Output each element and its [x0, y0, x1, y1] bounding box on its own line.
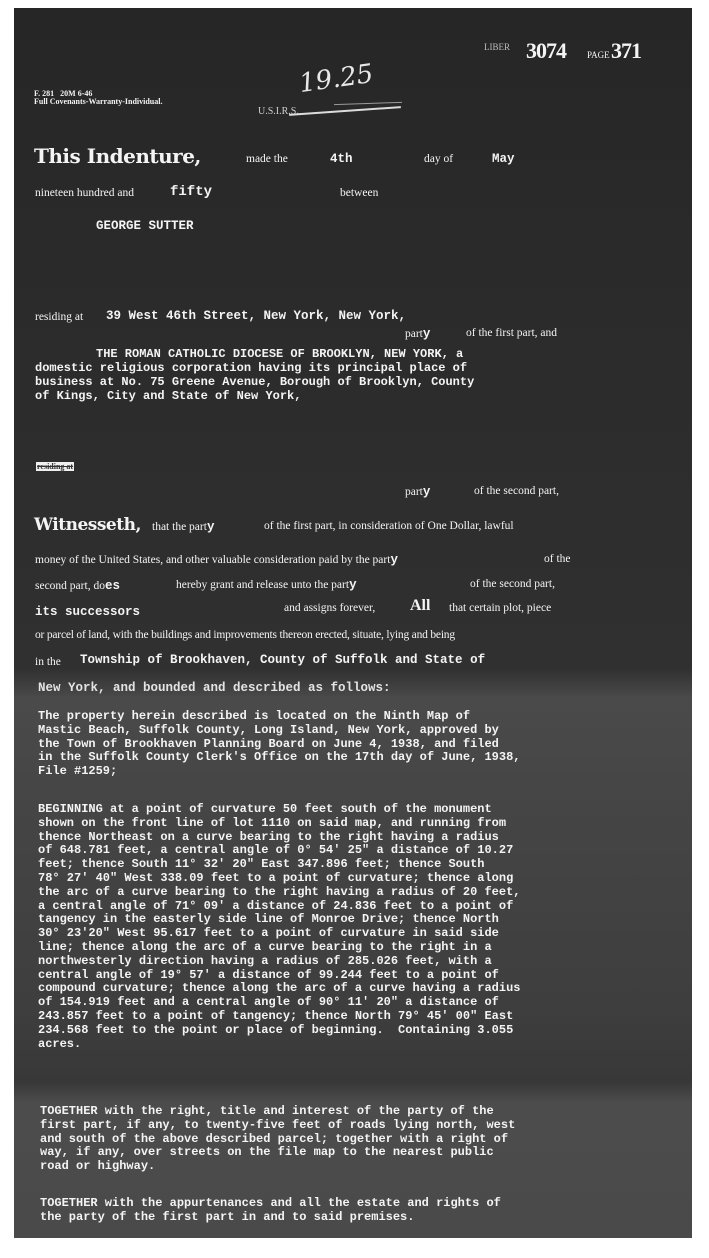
- description-line: Mastic Beach, Suffolk County, Long Islan…: [38, 724, 520, 738]
- description-line: BEGINNING at a point of curvature 50 fee…: [38, 803, 520, 817]
- deed-scan: F. 281 20M 6-46 Full Covenants-Warranty-…: [14, 8, 692, 1238]
- made-the-label: made the: [246, 153, 288, 165]
- witnesseth-line-3e: of the second part,: [470, 578, 555, 590]
- liber-number: 3074: [526, 38, 566, 64]
- indenture-title: This Indenture,: [34, 144, 201, 168]
- form-code: F. 281 20M 6-46 Full Covenants-Warranty-…: [34, 90, 162, 106]
- description-line: compound curvature; thence along the arc…: [38, 982, 520, 996]
- property-description-paragraph: The property herein described is located…: [38, 710, 520, 779]
- description-line: 78° 27' 40" West 338.09 feet to a point …: [38, 872, 520, 886]
- witnesseth-title: Witnesseth,: [34, 515, 141, 535]
- description-line: File #1259;: [38, 765, 520, 779]
- of-second-part-label: of the second part,: [474, 485, 559, 497]
- grantee-line-1: THE ROMAN CATHOLIC DIOCESE OF BROOKLYN, …: [96, 348, 463, 362]
- appurtenances-paragraph: TOGETHER with the appurtenances and all …: [40, 1197, 501, 1225]
- description-line: 243.857 feet to a point of tangency; the…: [38, 1010, 520, 1024]
- witnesseth-line-1c: of the first part, in consideration of O…: [264, 520, 514, 532]
- description-line: thence Northeast on a curve bearing to t…: [38, 831, 520, 845]
- page-label: PAGE: [587, 50, 610, 60]
- indenture-day: 4th: [330, 152, 353, 166]
- description-line: TOGETHER with the appurtenances and all …: [40, 1197, 501, 1211]
- assigns-forever-label: and assigns forever,: [284, 602, 375, 614]
- of-first-part-label: of the first part, and: [466, 327, 557, 339]
- in-the-label: in the: [35, 656, 61, 668]
- description-line: road or highway.: [40, 1160, 515, 1174]
- witnesseth-line-2c: of the: [544, 553, 571, 565]
- witnesseth-line-3a: second part, does: [35, 579, 120, 593]
- description-line: central angle of 19° 57' a distance of 9…: [38, 969, 520, 983]
- struck-out-residing-at: residing at: [36, 462, 74, 471]
- description-line: acres.: [38, 1038, 520, 1052]
- indenture-year: fifty: [170, 184, 212, 200]
- description-line: TOGETHER with the right, title and inter…: [40, 1105, 515, 1119]
- liber-label: LIBER: [484, 42, 510, 52]
- description-line: a central angle of 71° 09' a distance of…: [38, 900, 520, 914]
- description-line: tangency in the easterly side line of Mo…: [38, 913, 520, 927]
- year-prefix-label: nineteen hundred and: [35, 187, 134, 199]
- description-line: 234.568 feet to the point or place of be…: [38, 1024, 520, 1038]
- handwritten-stamp-amount: 19.25: [297, 59, 375, 99]
- revenue-stamp-line-upper: [334, 102, 402, 105]
- parcel-of-land-line: or parcel of land, with the buildings an…: [35, 629, 455, 641]
- witnesseth-line-3c: hereby grant and release unto the party: [176, 578, 357, 592]
- description-line: of 154.919 feet and a central angle of 9…: [38, 996, 520, 1010]
- description-line: way, if any, over streets on the file ma…: [40, 1146, 515, 1160]
- roads-rights-paragraph: TOGETHER with the right, title and inter…: [40, 1105, 515, 1174]
- township-location: Township of Brookhaven, County of Suffol…: [80, 653, 485, 667]
- description-line: and south of the above described parcel;…: [40, 1133, 515, 1147]
- grantor-name: GEORGE SUTTER: [96, 219, 194, 233]
- metes-and-bounds-paragraph: BEGINNING at a point of curvature 50 fee…: [38, 803, 520, 1051]
- revenue-stamp-line: [289, 106, 401, 116]
- description-line: line; thence along the arc of a curve be…: [38, 941, 520, 955]
- grantee-line-3: business at No. 75 Greene Avenue, Boroug…: [35, 376, 474, 390]
- description-line: first part, if any, to twenty-five feet …: [40, 1119, 515, 1133]
- all-label: All: [410, 597, 430, 615]
- description-line: northwesterly direction having a radius …: [38, 955, 520, 969]
- between-label: between: [340, 187, 378, 199]
- page-number: 371: [611, 38, 641, 64]
- description-line: the party of the first part in and to sa…: [40, 1211, 501, 1225]
- day-of-label: day of: [424, 153, 453, 165]
- residing-at-label: residing at: [35, 311, 83, 323]
- description-line: in the Suffolk County Clerk's Office on …: [38, 751, 520, 765]
- description-line: feet; thence South 11° 32' 20" East 347.…: [38, 858, 520, 872]
- bounded-described-line: New York, and bounded and described as f…: [38, 681, 391, 695]
- successors-text: its successors: [35, 605, 140, 619]
- grantor-address: 39 West 46th Street, New York, New York,: [106, 309, 406, 323]
- description-line: the Town of Brookhaven Planning Board on…: [38, 738, 520, 752]
- witnesseth-line-1a: that the party: [152, 520, 214, 534]
- description-line: The property herein described is located…: [38, 710, 520, 724]
- party-first-label: party: [405, 327, 430, 341]
- description-line: shown on the front line of lot 1110 on s…: [38, 817, 520, 831]
- grantee-line-2: domestic religious corporation having it…: [35, 362, 467, 376]
- party-second-label: party: [405, 485, 430, 499]
- description-line: the arc of a curve bearing to the right …: [38, 886, 520, 900]
- certain-plot-label: that certain plot, piece: [449, 602, 551, 614]
- witnesseth-line-2a: money of the United States, and other va…: [35, 553, 398, 567]
- description-line: 30° 23'20" West 95.617 feet to a point o…: [38, 927, 520, 941]
- indenture-month: May: [492, 152, 515, 166]
- grantee-line-4: of Kings, City and State of New York,: [35, 390, 301, 404]
- description-line: of 648.781 feet, a central angle of 0° 5…: [38, 844, 520, 858]
- form-type: Full Covenants-Warranty-Individual.: [34, 97, 162, 106]
